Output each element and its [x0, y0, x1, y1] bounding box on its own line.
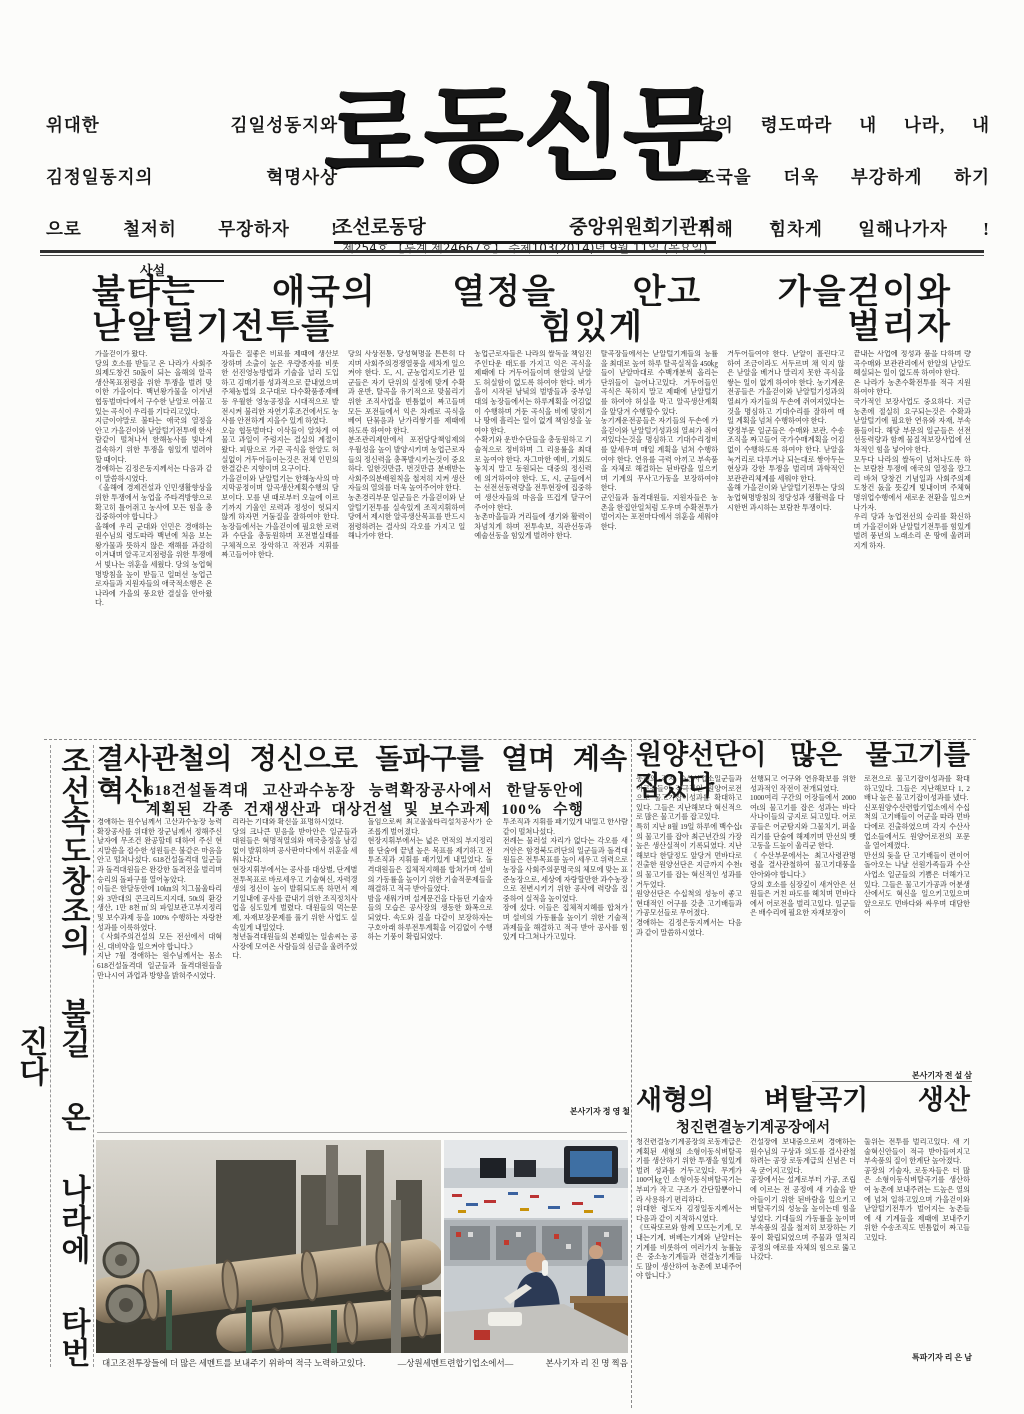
photo-control-room [444, 1140, 628, 1353]
photo-cement-plant [96, 1140, 441, 1353]
construction-article-byline: 본사기자 정 영 철 [468, 1106, 630, 1117]
column-divider [631, 739, 632, 1408]
article-column: 경애하는 원수님께서 고산과수농장 능력확장공사를 위대한 장군님께서 정해주신… [97, 818, 222, 1104]
photo-divider [97, 1132, 627, 1133]
editorial-column: 농업근로자들은 나라의 쌀독을 책임진 주인다운 태도를 가지고 익은 곡식을 … [474, 350, 591, 734]
slogan-line: 당의 령도따라 내 나라, 내 [698, 112, 990, 137]
construction-article-subhead-1: 618건설돌격대 고산과수농장 능력확장공사에서 한달동안에 [146, 779, 584, 800]
thresher-article-headline: 새형의 벼탈곡기 생산 [636, 1086, 970, 1116]
slogan-line: 위해 힘차게 일해나가자 ! [698, 216, 990, 241]
editorial-column: 거두어들여야 한다. 낟알이 흘린다고 하여 조금이라도 서두르며 채 익지 않… [727, 350, 844, 734]
editorial-headline-line2: 낟알털기전투를 힘있게 벌리자 [92, 309, 952, 345]
masthead-left-slogan: 위대한 김일성동지와 김정일동지의 혁명사상 으로 철저히 무장하자 ! [46, 112, 338, 268]
editorial-column: 탈곡장들에서는 낟알털기계들의 능률을 최대로 높여 하루 탈곡실적을 450㎏… [601, 350, 718, 734]
slogan-line: 위대한 김일성동지와 [46, 112, 338, 137]
slogan-line: 조국을 더욱 부강하게 하기 [698, 164, 990, 189]
article-column: 둘위는 전투를 벌리고있다. 새 기술혁신안들이 적극 받아들여지고 부속품의 … [864, 1138, 970, 1368]
fishing-article-body: 동해의 각지 수산사업소일군들과 어로공들이 적극적인 원양어로전으로 물고기잡… [636, 775, 970, 1075]
editorial-column: 당의 사상전통, 당성혁명을 튼튼히 다지며 사회주의경쟁열풍을 세차게 일으켜… [348, 350, 465, 734]
article-column: 선행되고 어구와 연유확보를 위한 성과적인 작전이 전개되였다. 1000여리… [750, 775, 856, 1075]
editorial-body: 가을걷이가 왔다. 당의 호소를 받들고 온 나라가 사회주의제도창건 50돐이… [95, 350, 971, 734]
article-column: 건설장에 보내줌으로써 경애하는 원수님의 구상과 의도를 결사관철하려는 공장… [750, 1138, 856, 1368]
slogan-line: 으로 철저히 무장하자 ! [46, 216, 338, 241]
article-column: 청진련결농기계공장의 로동계급은 계획된 새형의 소형이동식벼탈곡기를 생산하기… [636, 1138, 742, 1368]
slogan-line: 김정일동지의 혁명사상 [46, 164, 338, 189]
photo-caption: 대고조전투장들에 더 많은 세멘트를 보내주기 위하여 적극 노력하고있다. ―… [102, 1357, 628, 1369]
masthead-divider [40, 250, 984, 256]
editorial-headline-line1: 불타는 애국의 열정을 안고 가을걷이와 [92, 274, 952, 310]
editorial-column: 자들은 질좋은 비료를 제때에 생산보장하며 소출이 높은 우량종자를 비롯한 … [221, 350, 338, 734]
article-column: 리라는 기대와 확신을 표명하시였다. 당의 크나큰 믿음을 받아안은 일군들과… [232, 818, 357, 1104]
article-column: 돌임으로써 최고울울타리설치공사가 순조롭게 벌어졌다. 현장지휘부에서는 넓은… [368, 818, 493, 1104]
article-column: 투조직과 지휘를 패기있게 내밀고 한사람같이 떨쳐나섰다. 전례는 물러설 자… [503, 818, 628, 1104]
editorial-column: 가을걷이가 왔다. 당의 호소를 받들고 온 나라가 사회주의제도창건 50돐이… [95, 350, 212, 734]
newspaper-front-page: 위대한 김일성동지와 김정일동지의 혁명사상 으로 철저히 무장하자 ! 로동신… [0, 0, 1024, 1414]
thresher-article-byline: 특파기자 리 은 남 [812, 1352, 972, 1363]
photo-caption-text: 대고조전투장들에 더 많은 세멘트를 보내주기 위하여 적극 노력하고있다. [102, 1357, 365, 1369]
vertical-sidebar-headline: 조선속도창조의 불길 온 나라에 타번진다 [50, 745, 94, 1367]
construction-article-subhead-2: 계획된 각종 건재생산과 대상건설 및 보수과제 100% 수행 [146, 798, 584, 819]
article-column: 동해의 각지 수산사업소일군들과 어로공들이 적극적인 원양어로전으로 물고기잡… [636, 775, 742, 1075]
construction-article-body: 경애하는 원수님께서 고산과수농장 능력확장공사를 위대한 장군님께서 정해주신… [97, 818, 628, 1104]
thresher-article-subhead: 청진련결농기계공장에서 [676, 1116, 930, 1137]
editorial-column: 끝내는 사업에 정성과 품을 다하며 량곡수매와 보관관리에서 한알의 낟알도 … [854, 350, 971, 734]
masthead-right-slogan: 당의 령도따라 내 나라, 내 조국을 더욱 부강하게 하기 위해 힘차게 일해… [698, 112, 990, 268]
photo-caption-credit-place: ―상원세멘트련합기업소에서― [398, 1357, 514, 1369]
paper-title-calligraphy: 로동신문 [318, 78, 728, 192]
thresher-article-body: 청진련결농기계공장의 로동계급은 계획된 새형의 소형이동식벼탈곡기를 생산하기… [636, 1138, 970, 1368]
photo-caption-credit-name: 본사기자 리 진 명 찍음 [546, 1357, 628, 1369]
fishing-article-byline: 본사기자 전 설 삼 [812, 1070, 972, 1082]
article-column: 로전으로 물고기잡이성과를 확대하고있다. 그들은 지난해보다 1, 2배나 높… [864, 775, 970, 1075]
